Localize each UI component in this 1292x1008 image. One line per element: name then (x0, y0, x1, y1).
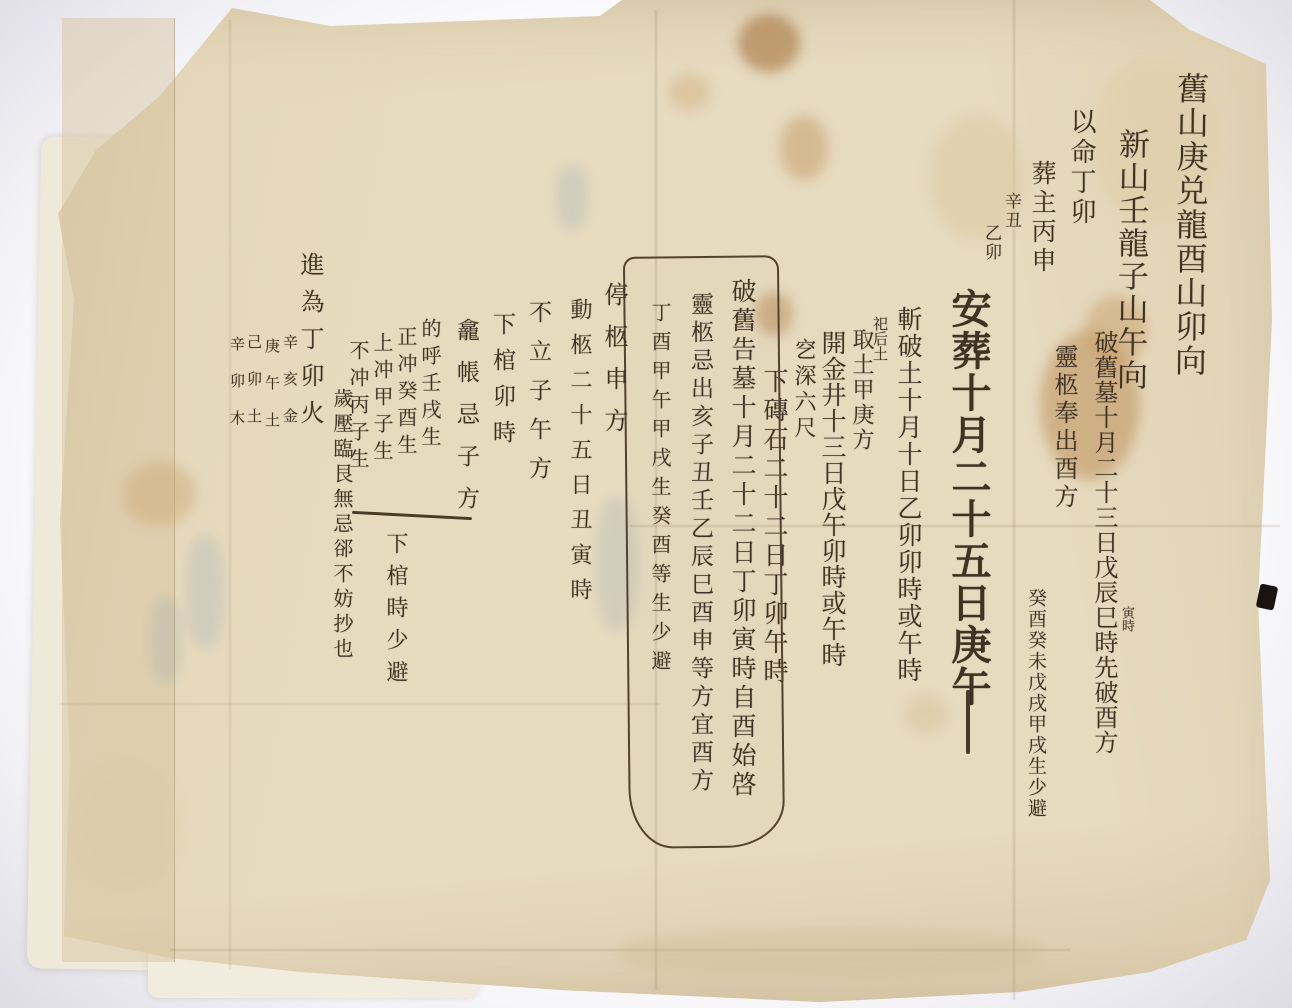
column-box-open-old-grave: 破舊告墓十月二十二日丁卯寅時自酉始啓 (730, 278, 755, 800)
column-pillar-1: 辛亥金 (282, 334, 297, 445)
column-yi-ming: 以命丁卯 (1068, 108, 1094, 228)
column-avoid-births-note: 癸酉癸未戊戌甲戌生少避 (1026, 588, 1045, 819)
column-coffin-carry-out: 靈柩奉出酉方 (1052, 344, 1076, 512)
column-zang-zhu: 葬主丙申 (1030, 160, 1055, 276)
ink-flourish-stroke (966, 690, 970, 754)
column-old-mountain: 舊山庚兑龍酉山卯向 (1173, 72, 1208, 378)
column-direct-clash-birth: 正冲癸酉生 (396, 326, 416, 461)
manuscript-photo: 舊山庚兑龍酉山卯向 新山壬龍子山午向 以命丁卯 葬主丙申 辛丑 乙卯 破舊墓十月… (0, 0, 1292, 1008)
column-burial-date: 安葬十月二十五日庚午 (948, 288, 988, 708)
column-break-old-grave: 破舊墓十月二十三日戊辰巳時先破酉方 (1092, 330, 1116, 755)
column-constructed-fate: 進為丁卯火 (298, 252, 322, 437)
column-open-grave-pit: 開金井十三日戊午卯時或午時 (820, 330, 845, 668)
column-zang-zhu-sub1: 辛丑 (1002, 192, 1019, 230)
column-break-old-grave-note: 寅時 (1120, 606, 1133, 632)
column-shrine-curtain-taboo: 龕帳忌子方 (454, 318, 477, 528)
column-pillar-3: 己卯土 (246, 334, 261, 445)
column-dig-depth: 穵深六尺 (792, 338, 814, 442)
column-box-births-avoid: 丁酉甲午甲戌生癸酉等生少避 (650, 302, 670, 679)
column-move-coffin: 動柩二十五日丑寅時 (568, 298, 590, 613)
column-pillar-2: 庚午土 (264, 338, 279, 449)
column-ground-breaking: 斬破土十月十日乙卯卯時或午時 (896, 306, 921, 684)
column-pillar-4: 辛卯木 (229, 336, 244, 447)
column-box-coffin-taboo-directions: 靈柩忌出亥子丑壬乙辰巳酉申等方宜酉方 (688, 292, 711, 796)
column-year-press-note: 歲壓臨艮無忌郤不妨抄也 (332, 388, 352, 663)
column-no-erect-directions: 不立子午方 (526, 300, 549, 495)
column-ground-breaking-note: 祀后土 (872, 316, 887, 361)
fold-strip (62, 18, 175, 962)
column-take-earth: 取土甲庚方 (850, 328, 872, 453)
column-rest-coffin: 停柩申方 (602, 282, 626, 450)
column-zang-zhu-sub2: 乙卯 (982, 224, 999, 262)
column-called-birth: 的呼壬戌生 (420, 318, 440, 453)
column-upper-clash-birth: 上冲甲子生 (372, 332, 392, 467)
paper-hole-speck (1256, 583, 1279, 610)
column-avoid-at-lowering: 下棺時少避 (384, 532, 406, 692)
column-lower-coffin-time: 下棺卯時 (490, 312, 513, 456)
